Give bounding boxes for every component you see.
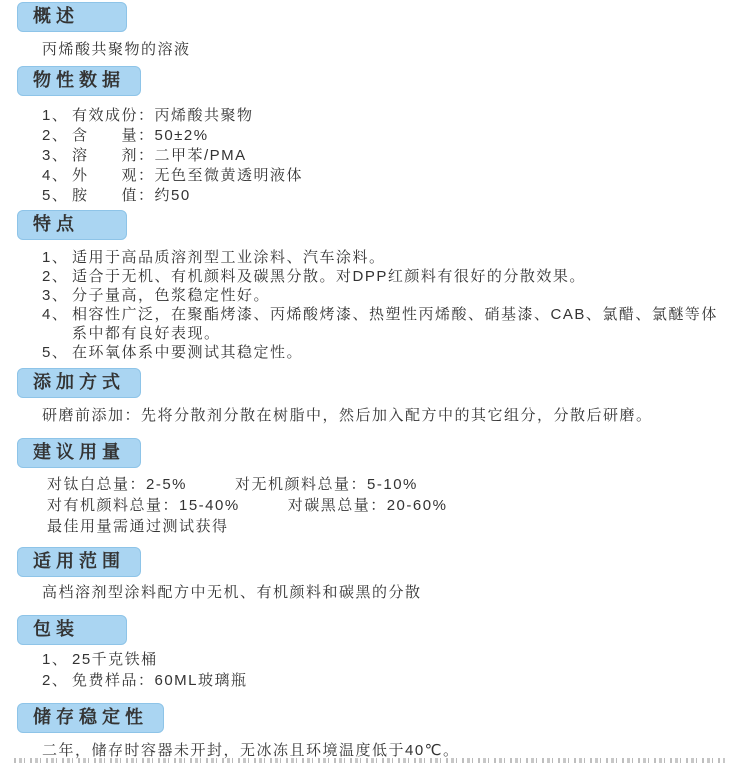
dosage-value: 对有机颜料总量：15-40% (47, 495, 240, 516)
section-title-features: 特点 (17, 210, 127, 240)
item-number: 1、 (42, 248, 72, 267)
section-physical-data: 物性数据 1、 有效成份：丙烯酸共聚物 2、 含 量：50±2% 3、 溶 剂：… (17, 60, 719, 206)
datasheet-page: 概述 丙烯酸共聚物的溶液 物性数据 1、 有效成份：丙烯酸共聚物 2、 含 量：… (0, 0, 731, 761)
list-item: 5、 胺 值：约50 (42, 186, 719, 206)
item-number: 1、 (42, 106, 72, 126)
item-number: 2、 (42, 267, 72, 286)
section-title-addition-method: 添加方式 (17, 368, 141, 398)
item-text: 25千克铁桶 (72, 649, 719, 670)
physical-data-list: 1、 有效成份：丙烯酸共聚物 2、 含 量：50±2% 3、 溶 剂：二甲苯/P… (42, 106, 719, 206)
addition-method-text: 研磨前添加：先将分散剂分散在树脂中，然后加入配方中的其它组分，分散后研磨。 (42, 406, 719, 426)
list-item: 4、 外 观：无色至微黄透明液体 (42, 166, 719, 186)
application-scope-text: 高档溶剂型涂料配方中无机、有机颜料和碳黑的分散 (42, 583, 719, 603)
item-text: 有效成份：丙烯酸共聚物 (72, 106, 719, 126)
section-title-storage-stability: 储存稳定性 (17, 703, 164, 733)
item-text: 相容性广泛，在聚酯烤漆、丙烯酸烤漆、热塑性丙烯酸、硝基漆、CAB、氯醋、氯醚等体… (72, 305, 719, 343)
dosage-row: 对有机颜料总量：15-40% 对碳黑总量：20-60% (47, 495, 719, 516)
dosage-value: 对钛白总量：2-5% (47, 474, 187, 495)
list-item: 2、 含 量：50±2% (42, 126, 719, 146)
item-number: 4、 (42, 166, 72, 186)
section-overview: 概述 丙烯酸共聚物的溶液 (17, 2, 719, 60)
item-text: 溶 剂：二甲苯/PMA (72, 146, 719, 166)
item-text: 胺 值：约50 (72, 186, 719, 206)
item-text: 外 观：无色至微黄透明液体 (72, 166, 719, 186)
list-item: 1、 适用于高品质溶剂型工业涂料、汽车涂料。 (42, 248, 719, 267)
item-text: 分子量高，色浆稳定性好。 (72, 286, 719, 305)
section-features: 特点 1、 适用于高品质溶剂型工业涂料、汽车涂料。 2、 适合于无机、有机颜料及… (17, 206, 719, 362)
dosage-value: 对碳黑总量：20-60% (288, 495, 448, 516)
features-list: 1、 适用于高品质溶剂型工业涂料、汽车涂料。 2、 适合于无机、有机颜料及碳黑分… (42, 248, 719, 362)
section-title-application-scope: 适用范围 (17, 547, 141, 577)
section-addition-method: 添加方式 研磨前添加：先将分散剂分散在树脂中，然后加入配方中的其它组分，分散后研… (17, 362, 719, 426)
item-text: 在环氧体系中要测试其稳定性。 (72, 343, 719, 362)
list-item: 4、 相容性广泛，在聚酯烤漆、丙烯酸烤漆、热塑性丙烯酸、硝基漆、CAB、氯醋、氯… (42, 305, 719, 343)
section-storage-stability: 储存稳定性 二年，储存时容器未开封，无冰冻且环境温度低于40℃。 (17, 691, 719, 761)
dosage-note: 最佳用量需通过测试获得 (47, 516, 719, 537)
list-item: 3、 分子量高，色浆稳定性好。 (42, 286, 719, 305)
section-title-packaging: 包装 (17, 615, 127, 645)
item-number: 3、 (42, 146, 72, 166)
packaging-list: 1、 25千克铁桶 2、 免费样品：60ML玻璃瓶 (42, 649, 719, 691)
item-text: 免费样品：60ML玻璃瓶 (72, 670, 719, 691)
list-item: 2、 适合于无机、有机颜料及碳黑分散。对DPP红颜料有很好的分散效果。 (42, 267, 719, 286)
item-text: 适合于无机、有机颜料及碳黑分散。对DPP红颜料有很好的分散效果。 (72, 267, 719, 286)
item-text: 适用于高品质溶剂型工业涂料、汽车涂料。 (72, 248, 719, 267)
section-title-overview: 概述 (17, 2, 127, 32)
list-item: 1、 有效成份：丙烯酸共聚物 (42, 106, 719, 126)
item-number: 5、 (42, 343, 72, 362)
list-item: 2、 免费样品：60ML玻璃瓶 (42, 670, 719, 691)
section-recommended-dosage: 建议用量 对钛白总量：2-5% 对无机颜料总量：5-10% 对有机颜料总量：15… (17, 426, 719, 537)
dosage-value: 对无机颜料总量：5-10% (235, 474, 418, 495)
section-application-scope: 适用范围 高档溶剂型涂料配方中无机、有机颜料和碳黑的分散 (17, 537, 719, 603)
item-number: 3、 (42, 286, 72, 305)
item-text: 含 量：50±2% (72, 126, 719, 146)
item-number: 4、 (42, 305, 72, 324)
section-title-physical-data: 物性数据 (17, 66, 141, 96)
item-number: 5、 (42, 186, 72, 206)
item-number: 2、 (42, 126, 72, 146)
clipped-bottom-text-line (14, 758, 725, 763)
item-number: 1、 (42, 649, 72, 670)
section-packaging: 包装 1、 25千克铁桶 2、 免费样品：60ML玻璃瓶 (17, 603, 719, 691)
list-item: 5、 在环氧体系中要测试其稳定性。 (42, 343, 719, 362)
section-title-recommended-dosage: 建议用量 (17, 438, 141, 468)
list-item: 3、 溶 剂：二甲苯/PMA (42, 146, 719, 166)
dosage-row: 对钛白总量：2-5% 对无机颜料总量：5-10% (47, 474, 719, 495)
item-number: 2、 (42, 670, 72, 691)
overview-text: 丙烯酸共聚物的溶液 (42, 40, 719, 60)
list-item: 1、 25千克铁桶 (42, 649, 719, 670)
